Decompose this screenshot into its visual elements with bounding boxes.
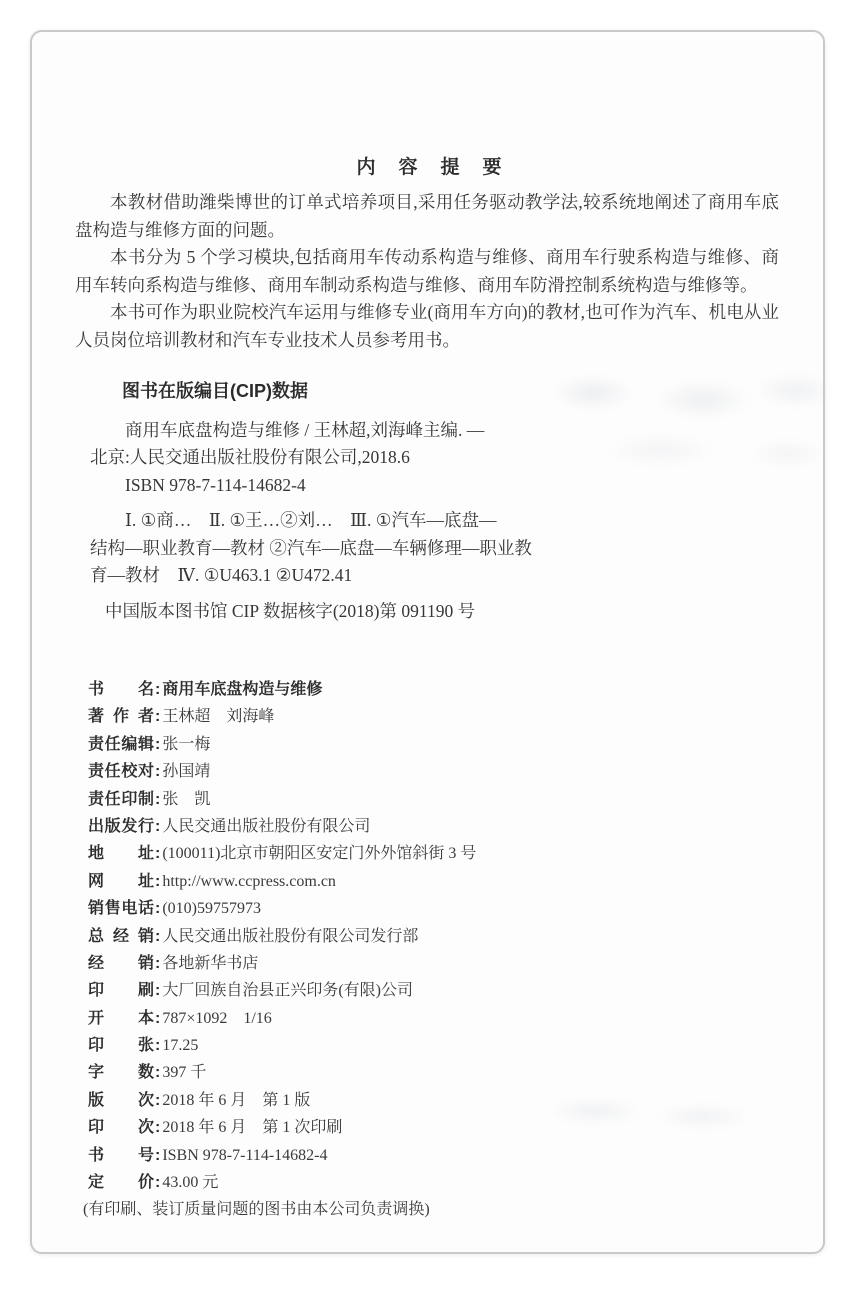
row-value: 王林超 刘海峰 [162,708,274,725]
cip-line: 结构—职业教育—教材 ②汽车—底盘—车辆修理—职业教 [90,535,820,563]
cip-line: 商用车底盘构造与维修 / 王林超,刘海峰主编. — [125,417,820,445]
colophon-row-authors: 著作者:王林超 刘海峰 [88,703,798,730]
row-separator: : [155,1064,160,1081]
row-label: 版次 [88,1087,154,1114]
row-value: 张一梅 [162,736,210,753]
row-separator: : [155,681,160,698]
row-separator: : [155,763,160,780]
cip-heading: 图书在版编目(CIP)数据 [122,378,820,406]
row-value: 商用车底盘构造与维修 [162,681,322,698]
row-separator: : [155,791,160,808]
colophon-row-distributor: 经销:各地新华书店 [88,950,798,977]
row-separator: : [155,1037,160,1054]
colophon-row-printer: 印刷:大厂回族自治县正兴印务(有限)公司 [88,977,798,1004]
row-label: 出版发行 [88,813,154,840]
row-label: 销售电话 [88,895,154,922]
colophon-row-price: 定价:43.00 元 [88,1169,798,1196]
row-value: 397 千 [162,1064,206,1081]
summary-title: 内 容 提 要 [0,152,860,179]
row-value: 43.00 元 [162,1174,218,1191]
row-value: 各地新华书店 [162,955,258,972]
row-label: 开本 [88,1005,154,1032]
summary-paragraph: 本书可作为职业院校汽车运用与维修专业(商用车方向)的教材,也可作为汽车、机电从业… [75,299,779,354]
row-separator: : [155,1174,160,1191]
row-separator: : [155,736,160,753]
row-separator: : [155,982,160,999]
cip-line: 育—教材 Ⅳ. ①U463.1 ②U472.41 [90,562,820,590]
row-label: 网址 [88,868,154,895]
row-label: 地址 [88,840,154,867]
cip-catalog-number: 中国版本图书馆 CIP 数据核字(2018)第 091190 号 [105,598,820,626]
row-separator: : [155,928,160,945]
row-label: 责任编辑 [88,731,154,758]
row-label: 责任印制 [88,786,154,813]
row-value: 人民交通出版社股份有限公司发行部 [162,928,418,945]
row-label: 字数 [88,1059,154,1086]
row-value: 17.25 [162,1037,198,1054]
row-separator: : [155,900,160,917]
colophon-row-general-distributor: 总经销:人民交通出版社股份有限公司发行部 [88,923,798,950]
row-label: 书名 [88,676,154,703]
cip-line: Ⅰ. ①商… Ⅱ. ①王…②刘… Ⅲ. ①汽车—底盘— [125,507,820,535]
row-separator: : [155,1119,160,1136]
row-separator: : [155,873,160,890]
row-label: 总经销 [88,923,154,950]
colophon-row-format: 开本:787×1092 1/16 [88,1005,798,1032]
colophon-row-sales-phone: 销售电话:(010)59757973 [88,895,798,922]
row-separator: : [155,955,160,972]
colophon-row-edition: 版次:2018 年 6 月 第 1 版 [88,1087,798,1114]
row-separator: : [155,1147,160,1164]
row-value: (010)59757973 [162,900,261,917]
row-value: 张 凯 [162,791,210,808]
row-separator: : [155,845,160,862]
row-value: 2018 年 6 月 第 1 次印刷 [162,1119,342,1136]
row-separator: : [155,1010,160,1027]
row-label: 著作者 [88,703,154,730]
row-value: ISBN 978-7-114-14682-4 [162,1147,327,1164]
colophon-row-sheets: 印张:17.25 [88,1032,798,1059]
summary-paragraph: 本书分为 5 个学习模块,包括商用车传动系构造与维修、商用车行驶系构造与维修、商… [75,244,779,299]
row-separator: : [155,708,160,725]
colophon-row-address: 地址:(100011)北京市朝阳区安定门外外馆斜街 3 号 [88,840,798,867]
cip-line: ISBN 978-7-114-14682-4 [125,472,820,500]
colophon-row-print-supervisor: 责任印制:张 凯 [88,786,798,813]
colophon-row-printing: 印次:2018 年 6 月 第 1 次印刷 [88,1114,798,1141]
colophon-row-publisher: 出版发行:人民交通出版社股份有限公司 [88,813,798,840]
summary-section: 本教材借助潍柴博世的订单式培养项目,采用任务驱动教学法,较系统地阐述了商用车底盘… [75,189,779,355]
colophon-row-website: 网址:http://www.ccpress.com.cn [88,868,798,895]
colophon-row-editor: 责任编辑:张一梅 [88,731,798,758]
row-separator: : [155,1092,160,1109]
colophon-row-word-count: 字数:397 千 [88,1059,798,1086]
summary-paragraph: 本教材借助潍柴博世的订单式培养项目,采用任务驱动教学法,较系统地阐述了商用车底盘… [75,189,779,244]
row-value: 787×1092 1/16 [162,1010,271,1027]
row-label: 定价 [88,1169,154,1196]
row-value: 孙国靖 [162,763,210,780]
row-value: 2018 年 6 月 第 1 版 [162,1092,310,1109]
row-label: 书号 [88,1142,154,1169]
colophon-section: 书名:商用车底盘构造与维修 著作者:王林超 刘海峰 责任编辑:张一梅 责任校对:… [88,676,798,1224]
row-value: 大厂回族自治县正兴印务(有限)公司 [162,982,413,999]
row-value: http://www.ccpress.com.cn [162,873,336,890]
colophon-row-proofreader: 责任校对:孙国靖 [88,758,798,785]
row-value: 人民交通出版社股份有限公司 [162,818,370,835]
row-label: 经销 [88,950,154,977]
row-separator: : [155,818,160,835]
quality-exchange-note: (有印刷、装订质量问题的图书由本公司负责调换) [83,1196,798,1223]
row-label: 责任校对 [88,758,154,785]
colophon-row-book-title: 书名:商用车底盘构造与维修 [88,676,798,703]
colophon-row-isbn: 书号:ISBN 978-7-114-14682-4 [88,1142,798,1169]
row-label: 印刷 [88,977,154,1004]
row-label: 印张 [88,1032,154,1059]
row-value: (100011)北京市朝阳区安定门外外馆斜街 3 号 [162,845,476,862]
row-label: 印次 [88,1114,154,1141]
cip-section: 图书在版编目(CIP)数据 商用车底盘构造与维修 / 王林超,刘海峰主编. — … [0,378,820,625]
cip-line: 北京:人民交通出版社股份有限公司,2018.6 [90,444,820,472]
